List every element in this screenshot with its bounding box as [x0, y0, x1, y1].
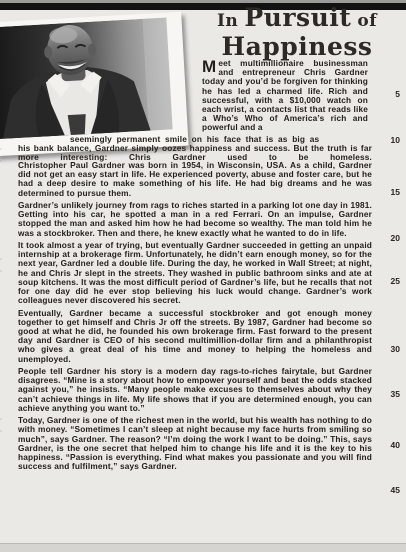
title-word-pursuit: Pursuit [244, 3, 351, 32]
portrait-photo-image [0, 18, 173, 140]
paragraph: Christopher Paul Gardner was born in 195… [18, 161, 372, 198]
paragraph: People tell Gardner his story is a moder… [18, 367, 372, 413]
line-number-45: 45 [378, 485, 400, 495]
title-word-of: of [357, 11, 377, 31]
line-number-35: 35 [378, 389, 400, 399]
page-edge-crease [0, 258, 9, 272]
line-number-25: 25 [378, 276, 400, 286]
page-title: In Pursuit of Happiness [190, 5, 404, 63]
page-edge-crease [0, 148, 9, 162]
line-number-40: 40 [378, 440, 400, 450]
intro-paragraph-column: Meet multimillionaire businessman and en… [202, 59, 368, 133]
drop-cap: M [202, 59, 218, 75]
title-word-happiness: Happiness [221, 32, 372, 61]
paragraph: Eventually, Gardner became a successful … [18, 309, 372, 364]
scan-edge-bottom [0, 543, 406, 552]
paragraph: Gardner’s unlikely journey from rags to … [18, 201, 372, 238]
line-number-30: 30 [378, 344, 400, 354]
line-number-5: 5 [378, 89, 400, 99]
scanned-page: In Pursuit of Happiness Meet multimillio… [0, 0, 406, 552]
page-edge-crease [0, 418, 9, 432]
paragraph: It took almost a year of trying, but eve… [18, 241, 372, 305]
intro-text: eet multimillionaire businessman and ent… [202, 58, 368, 132]
line-number-20: 20 [378, 233, 400, 243]
page-title-line1: In Pursuit of [190, 5, 404, 34]
line-number-10: 10 [378, 135, 400, 145]
title-word-in: In [217, 11, 238, 31]
line-number-15: 15 [378, 187, 400, 197]
paragraph: Today, Gardner is one of the richest men… [18, 416, 372, 471]
article-body: Christopher Paul Gardner was born in 195… [18, 161, 372, 475]
